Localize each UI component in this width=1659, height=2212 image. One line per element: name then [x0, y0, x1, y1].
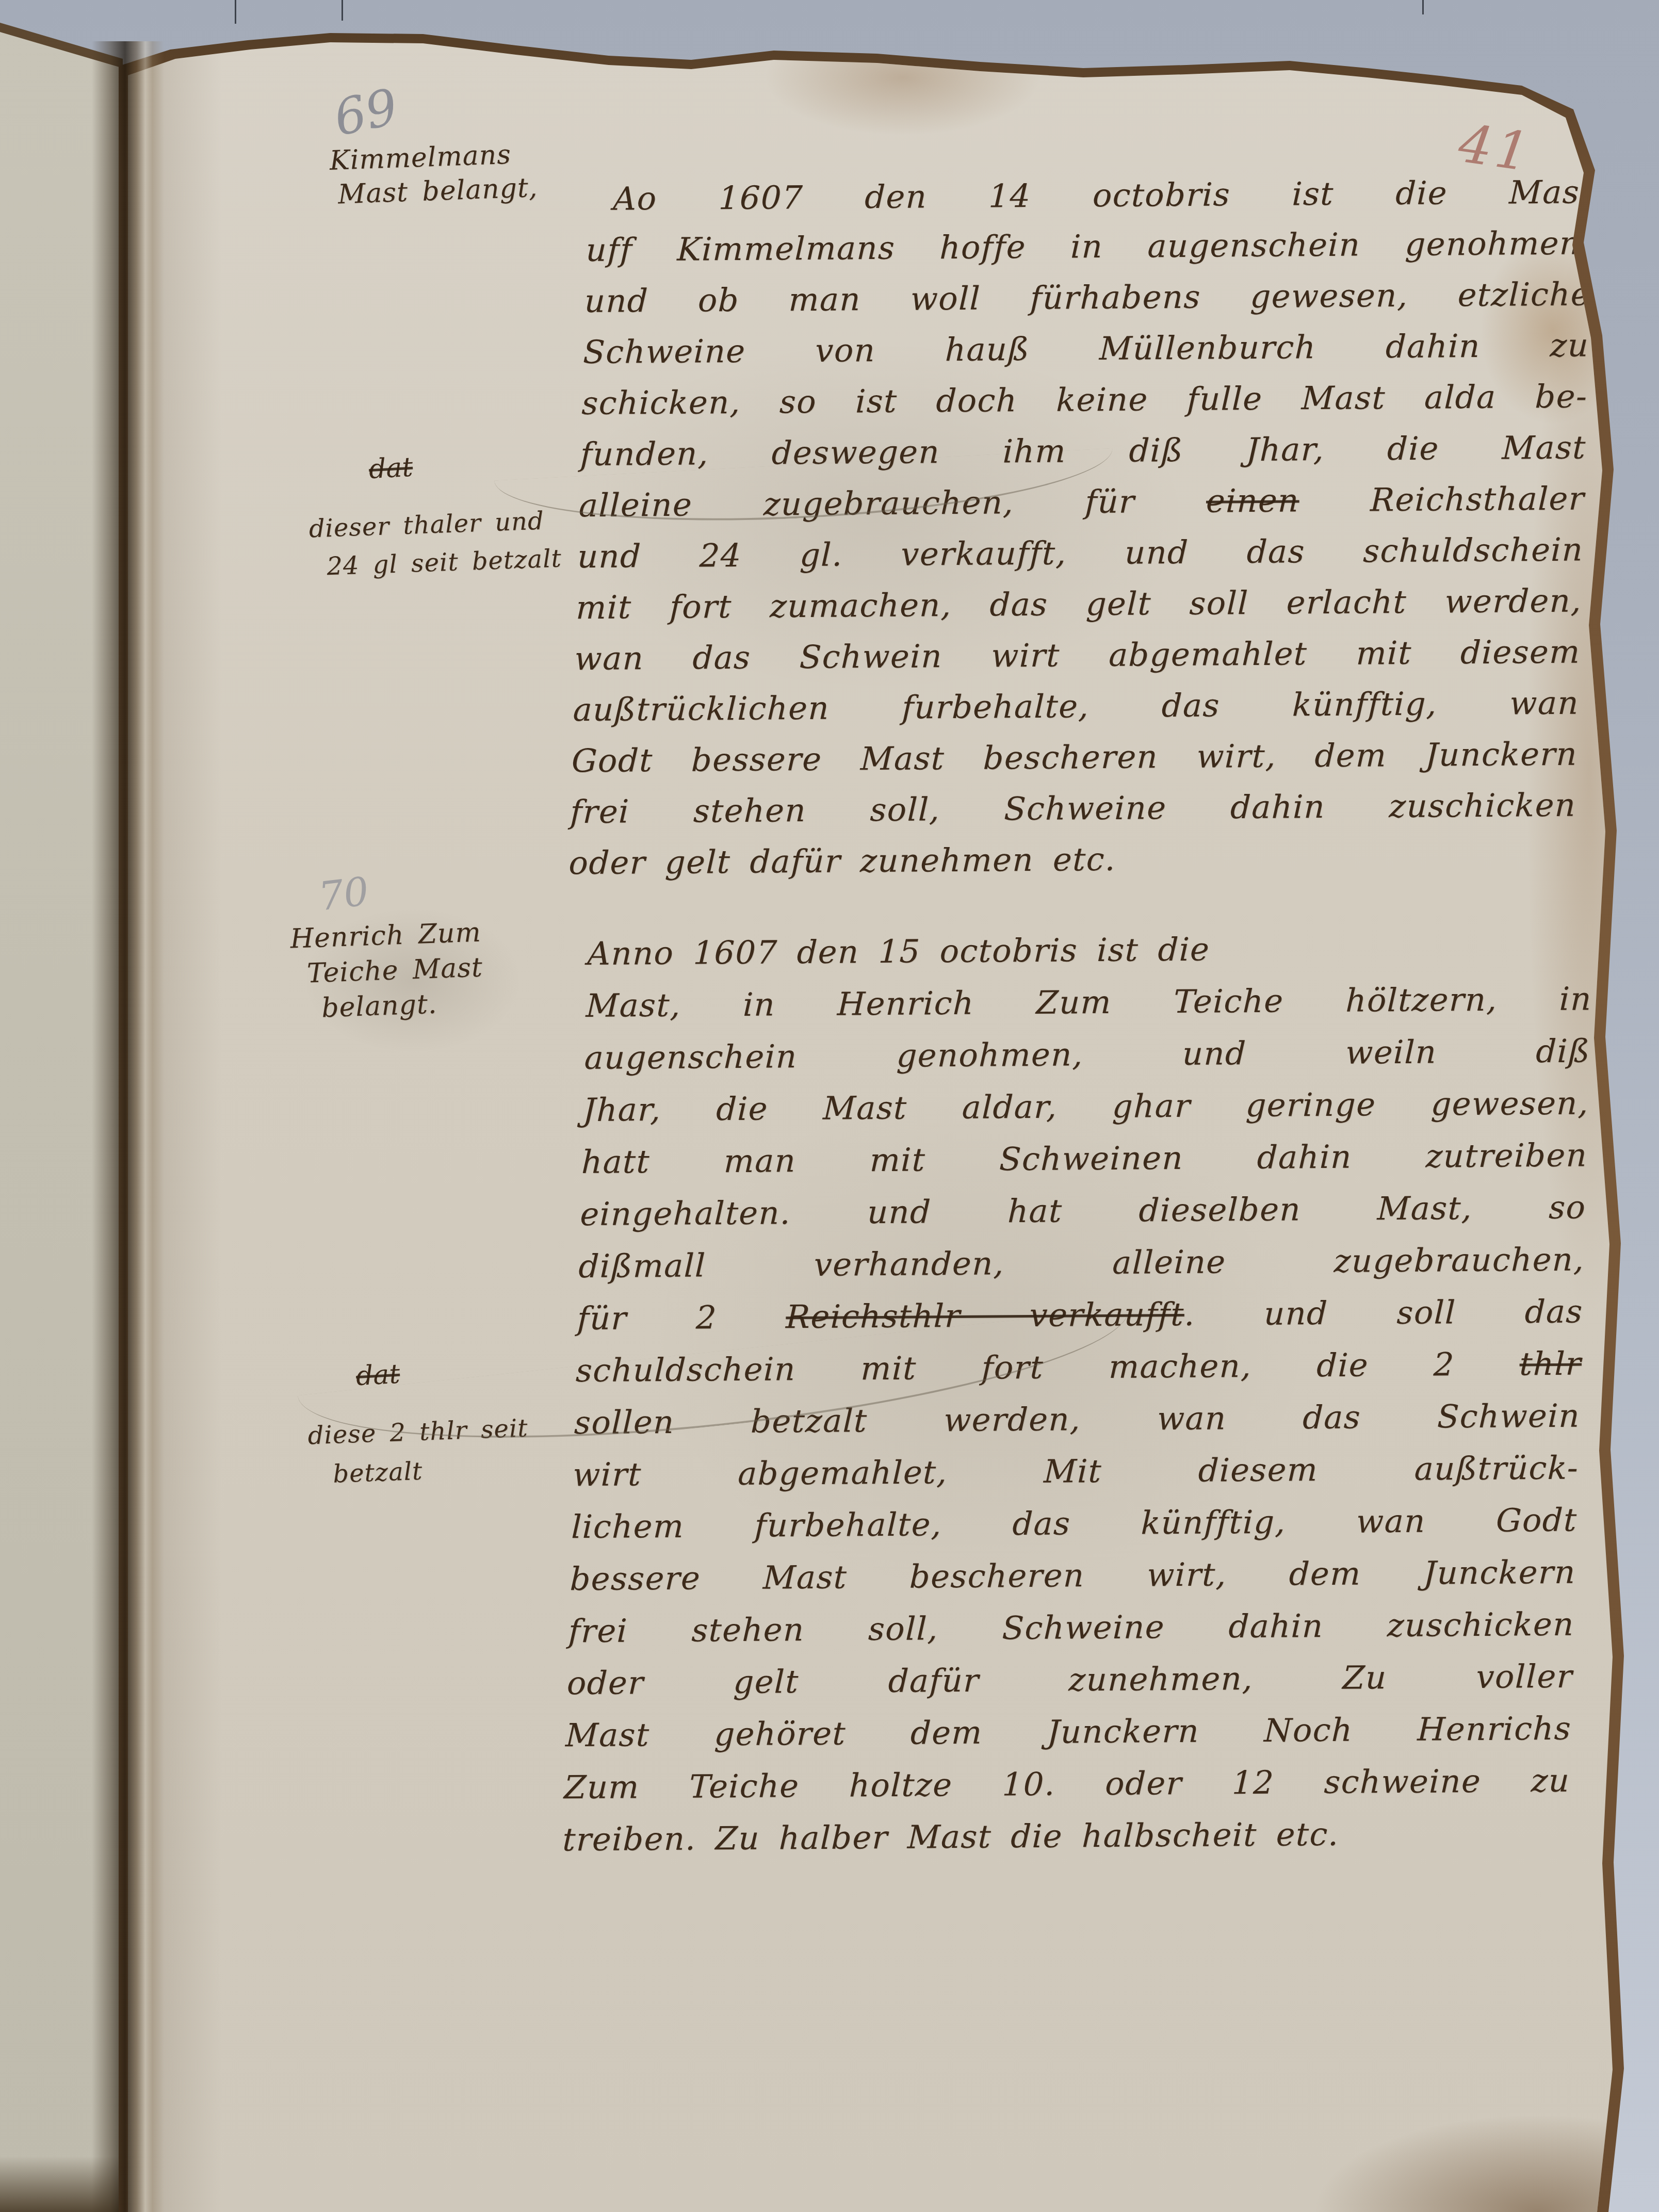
thread-mark	[1422, 0, 1424, 14]
body-text-segment: wan das Schwein wirt abgemahlet mit dies…	[574, 633, 1581, 678]
body-text-segment: oder gelt dafür zunehmen etc.	[568, 840, 1117, 882]
manuscript-line: Zum Teiche holtze 10. oder 12 schweine z…	[563, 1754, 1571, 1814]
manuscript-line: oder gelt dafür zunehmen etc.	[568, 831, 1575, 889]
thread-mark	[235, 0, 236, 24]
margin-note-line: 24 gl seit betzalt	[310, 539, 562, 586]
margin-note-line: betzalt	[308, 1448, 530, 1495]
folio-number-pencil: 69	[329, 78, 403, 148]
body-text-segment: treiben. Zu halber Mast die halbscheit e…	[562, 1815, 1340, 1859]
manuscript-line: wan das Schwein wirt abgemahlet mit dies…	[574, 626, 1581, 685]
body-text-segment: außtrücklichen furbehalte, das künfftig,…	[573, 684, 1580, 729]
body-text-segment: Ao 1607 den 14 octobris ist die Mast	[613, 173, 1594, 217]
manuscript-line: außtrücklichen furbehalte, das künfftig,…	[573, 677, 1580, 736]
body-text-segment: hatt man mit Schweinen dahin zutreiben	[581, 1136, 1588, 1181]
left-page-line-fragment: Ehers	[1574, 102, 1654, 134]
body-text-segment: Mast, in Henrich Zum Teiche höltzern, in	[585, 980, 1592, 1024]
manuscript-line: uff Kimmelmans hoffe in augenschein geno…	[585, 217, 1592, 275]
body-text-segment: Godt bessere Mast bescheren wirt, dem Ju…	[571, 735, 1578, 780]
entry1-margin-header: KimmelmansMast belangt,	[329, 137, 539, 212]
body-text-segment: wirt abgemahlet, Mit diesem außtrück-	[572, 1449, 1579, 1494]
manuscript-line: mit fort zumachen, das gelt soll erlacht…	[575, 575, 1583, 633]
right-page-surface: 69 41 KimmelmansMast belangt, dat dieser…	[0, 0, 1659, 2212]
body-text-segment: oder gelt dafür zunehmen, Zu voller	[566, 1657, 1573, 1702]
body-text-segment: bessere Mast bescheren wirt, dem Juncker…	[570, 1553, 1576, 1598]
body-text-segment: augenschein genohmen, und weiln diß	[584, 1032, 1591, 1077]
manuscript-line: Mast gehöret dem Junckern Noch Henrichs	[565, 1702, 1572, 1762]
manuscript-line: schicken, so ist doch keine fulle Mast a…	[581, 370, 1588, 429]
manuscript-line: oder gelt dafür zunehmen, Zu voller	[566, 1650, 1574, 1710]
thread-mark	[341, 0, 343, 21]
body-text-segment: und 24 gl. verkaufft, und das schuldsche…	[577, 531, 1584, 576]
body-text-segment: lichem furbehalte, das künfftig, wan God…	[571, 1501, 1578, 1546]
manuscript-line: hatt man mit Schweinen dahin zutreiben	[581, 1129, 1588, 1188]
entry2-number-pencil: 70	[316, 868, 371, 919]
margin-header-line: Henrich Zum	[290, 915, 482, 957]
manuscript-line: frei stehen soll, Schweine dahin zuschic…	[570, 779, 1577, 838]
left-page-line-fragment: Hard	[1585, 140, 1654, 170]
manuscript-line: lichem furbehalte, das künfftig, wan God…	[571, 1494, 1578, 1553]
entry2-margin-header: Henrich ZumTeiche Mastbelangt.	[290, 915, 485, 1027]
body-text-segment: Zum Teiche holtze 10. oder 12 schweine z…	[563, 1762, 1570, 1807]
manuscript-line: dißmall verhanden, alleine zugebrauchen,	[578, 1233, 1585, 1293]
manuscript-line: Schweine von hauß Müllenburch dahin zu	[582, 319, 1590, 378]
body-text-segment: Schweine von hauß Müllenburch dahin zu	[582, 326, 1589, 371]
manuscript-line: wirt abgemahlet, Mit diesem außtrück-	[572, 1442, 1580, 1501]
manuscript-line: Ao 1607 den 14 octobris ist die Mast	[587, 166, 1594, 224]
book-gutter	[92, 41, 164, 2212]
margin-header-line: Teiche Mast	[291, 950, 483, 992]
manuscript-line: treiben. Zu halber Mast die halbscheit e…	[562, 1807, 1569, 1866]
body-text-segment: dißmall verhanden, alleine zugebrauchen,	[578, 1241, 1585, 1286]
manuscript-line: augenschein genohmen, und weiln diß	[584, 1024, 1591, 1084]
manuscript-photo: EhersHardltn Jhat Undhatt sichunde, Henr…	[0, 0, 1659, 2212]
body-text-segment: Mast gehöret dem Junckern Noch Henrichs	[565, 1710, 1572, 1754]
manuscript-line: Mast, in Henrich Zum Teiche höltzern, in	[585, 972, 1592, 1032]
body-text-segment: mit fort zumachen, das gelt soll erlacht…	[575, 582, 1582, 627]
manuscript-line: Jhar, die Mast aldar, ghar geringe gewes…	[582, 1077, 1590, 1136]
struck-text: thlr	[1519, 1345, 1582, 1383]
body-text-segment: . und soll das	[1184, 1293, 1584, 1333]
left-page-line-fragment: n	[1636, 1275, 1654, 1305]
body-text-segment: Anno 1607 den 15 octobris ist die	[587, 931, 1211, 972]
entry1-margin-note: dieser thaler und24 gl seit betzalt	[308, 501, 562, 587]
margin-header-line: belangt.	[292, 985, 484, 1027]
body-text-segment: für 2	[577, 1298, 787, 1337]
entry1-body-text: Ao 1607 den 14 octobris ist die Mastuff …	[568, 166, 1594, 888]
body-text-segment: frei stehen soll, Schweine dahin zuschic…	[570, 786, 1576, 831]
manuscript-line: eingehalten. und hat dieselben Mast, so	[579, 1181, 1587, 1240]
entry1-paid-abbrev: dat	[368, 452, 413, 485]
body-text-segment: eingehalten. und hat dieselben Mast, so	[579, 1189, 1586, 1233]
struck-text: einen	[1206, 481, 1300, 519]
manuscript-line: und ob man woll fürhabens gewesen, etzli…	[584, 268, 1591, 327]
body-text-segment: uff Kimmelmans hoffe in augenschein geno…	[585, 224, 1592, 269]
manuscript-line: frei stehen soll, Schweine dahin zuschic…	[567, 1598, 1575, 1657]
body-text-segment: Reichsthaler	[1299, 480, 1585, 519]
body-text-segment: und ob man woll fürhabens gewesen, etzli…	[584, 275, 1591, 320]
manuscript-line: und 24 gl. verkaufft, und das schuldsche…	[577, 524, 1584, 582]
manuscript-line: Anno 1607 den 15 octobris ist die	[587, 920, 1594, 980]
margin-header-line: Mast belangt,	[330, 171, 538, 212]
body-text-segment: frei stehen soll, Schweine dahin zuschic…	[568, 1605, 1575, 1650]
body-text-segment: schicken, so ist doch keine fulle Mast a…	[581, 377, 1588, 422]
manuscript-line: Godt bessere Mast bescheren wirt, dem Ju…	[571, 728, 1579, 787]
body-text-segment: Jhar, die Mast aldar, ghar geringe gewes…	[582, 1084, 1589, 1129]
manuscript-line: bessere Mast bescheren wirt, dem Juncker…	[569, 1546, 1576, 1605]
